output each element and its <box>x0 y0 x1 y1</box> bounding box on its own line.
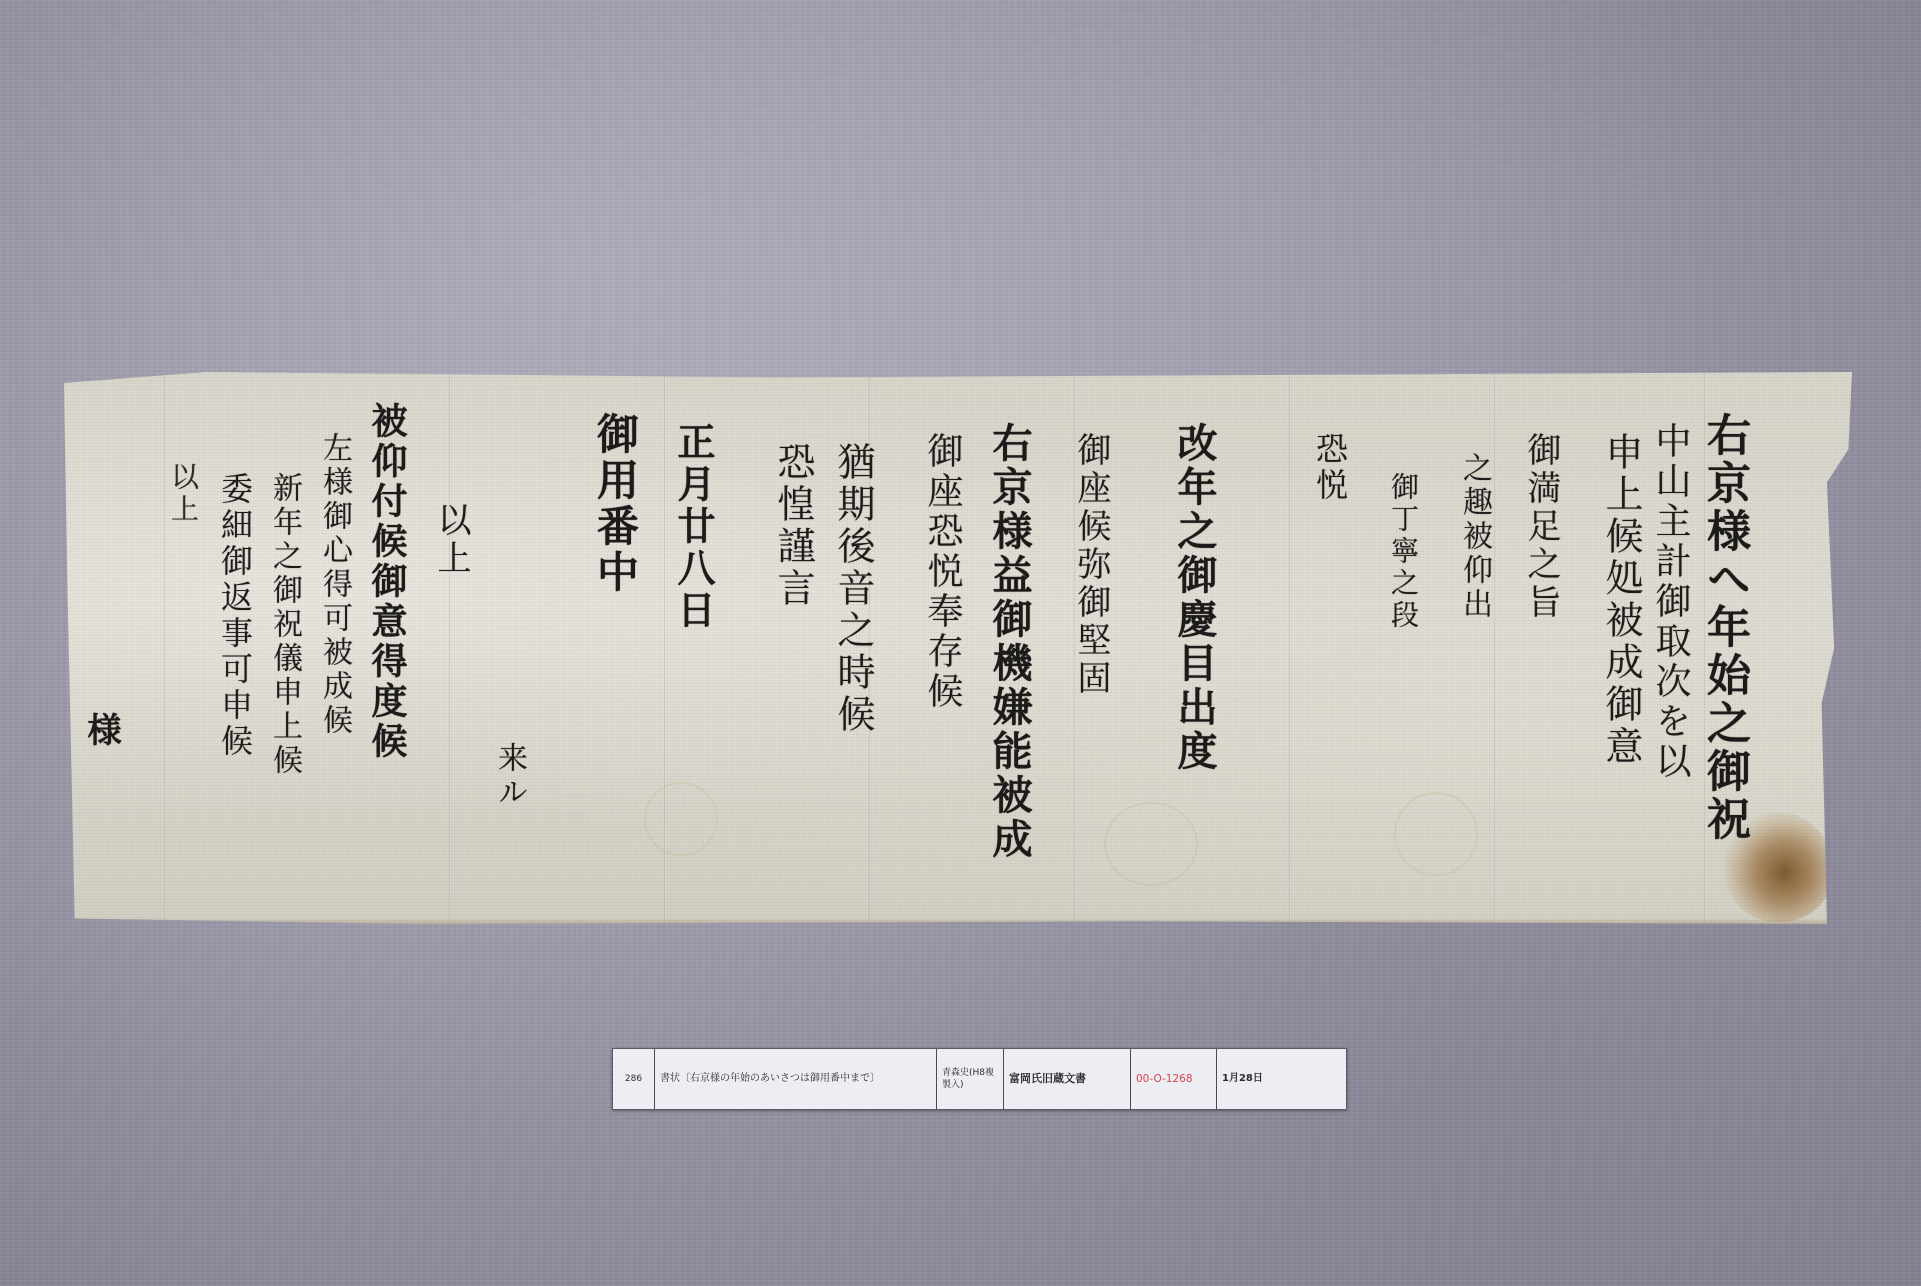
text-column: 御丁寧之段 <box>1389 472 1417 632</box>
catalog-donor: 青森史(H8複製入) <box>937 1049 1004 1109</box>
text-column: 猶期後音之時候 <box>834 442 872 736</box>
historical-letter: 右京様へ年始之御祝 中山主計御取次を以 申上候処被成御意 御満足之旨 之趣被仰出… <box>64 372 1852 924</box>
text-column: 申上候処被成御意 <box>1602 432 1640 768</box>
text-column: 改年之御慶目出度 <box>1174 422 1214 774</box>
catalog-id: 00-O-1268 <box>1131 1049 1217 1109</box>
text-column: 御用番中 <box>594 412 636 596</box>
catalog-label: 286 書状〔右京様の年始のあいさつは御用番中まで〕 青森史(H8複製入) 富岡… <box>612 1048 1347 1110</box>
text-column: 中山主計御取次を以 <box>1652 422 1688 782</box>
catalog-date: 1月28日 <box>1217 1049 1346 1109</box>
text-column: 之趣被仰出 <box>1459 452 1489 622</box>
text-column: 被仰付候御意得度候 <box>369 402 405 762</box>
catalog-collection: 富岡氏旧蔵文書 <box>1004 1049 1131 1109</box>
text-column: 御座恐悦奉存候 <box>924 432 960 712</box>
calligraphy-text: 右京様へ年始之御祝 中山主計御取次を以 申上候処被成御意 御満足之旨 之趣被仰出… <box>64 372 1852 924</box>
text-column: 恐惶謹言 <box>774 442 812 610</box>
text-column: 正月廿八日 <box>674 422 712 632</box>
text-column: 以上 <box>434 502 468 578</box>
paper-edge <box>64 918 1852 924</box>
text-column: 様 <box>84 712 118 750</box>
text-column: 右京様益御機嫌能被成 <box>989 422 1029 862</box>
text-column: 来ル <box>494 742 524 810</box>
text-column: 右京様へ年始之御祝 <box>1702 412 1746 844</box>
text-column: 恐悦 <box>1314 432 1346 504</box>
catalog-number: 286 <box>613 1049 655 1109</box>
text-column: 以上 <box>169 462 197 526</box>
text-column: 御満足之旨 <box>1524 432 1558 622</box>
text-column: 委細御返事可申候 <box>219 472 251 760</box>
text-column: 新年之御祝儀申上候 <box>269 472 299 778</box>
catalog-title: 書状〔右京様の年始のあいさつは御用番中まで〕 <box>655 1049 937 1109</box>
text-column: 左様御心得可被成候 <box>319 432 349 738</box>
text-column: 御座候弥御堅固 <box>1074 432 1108 698</box>
